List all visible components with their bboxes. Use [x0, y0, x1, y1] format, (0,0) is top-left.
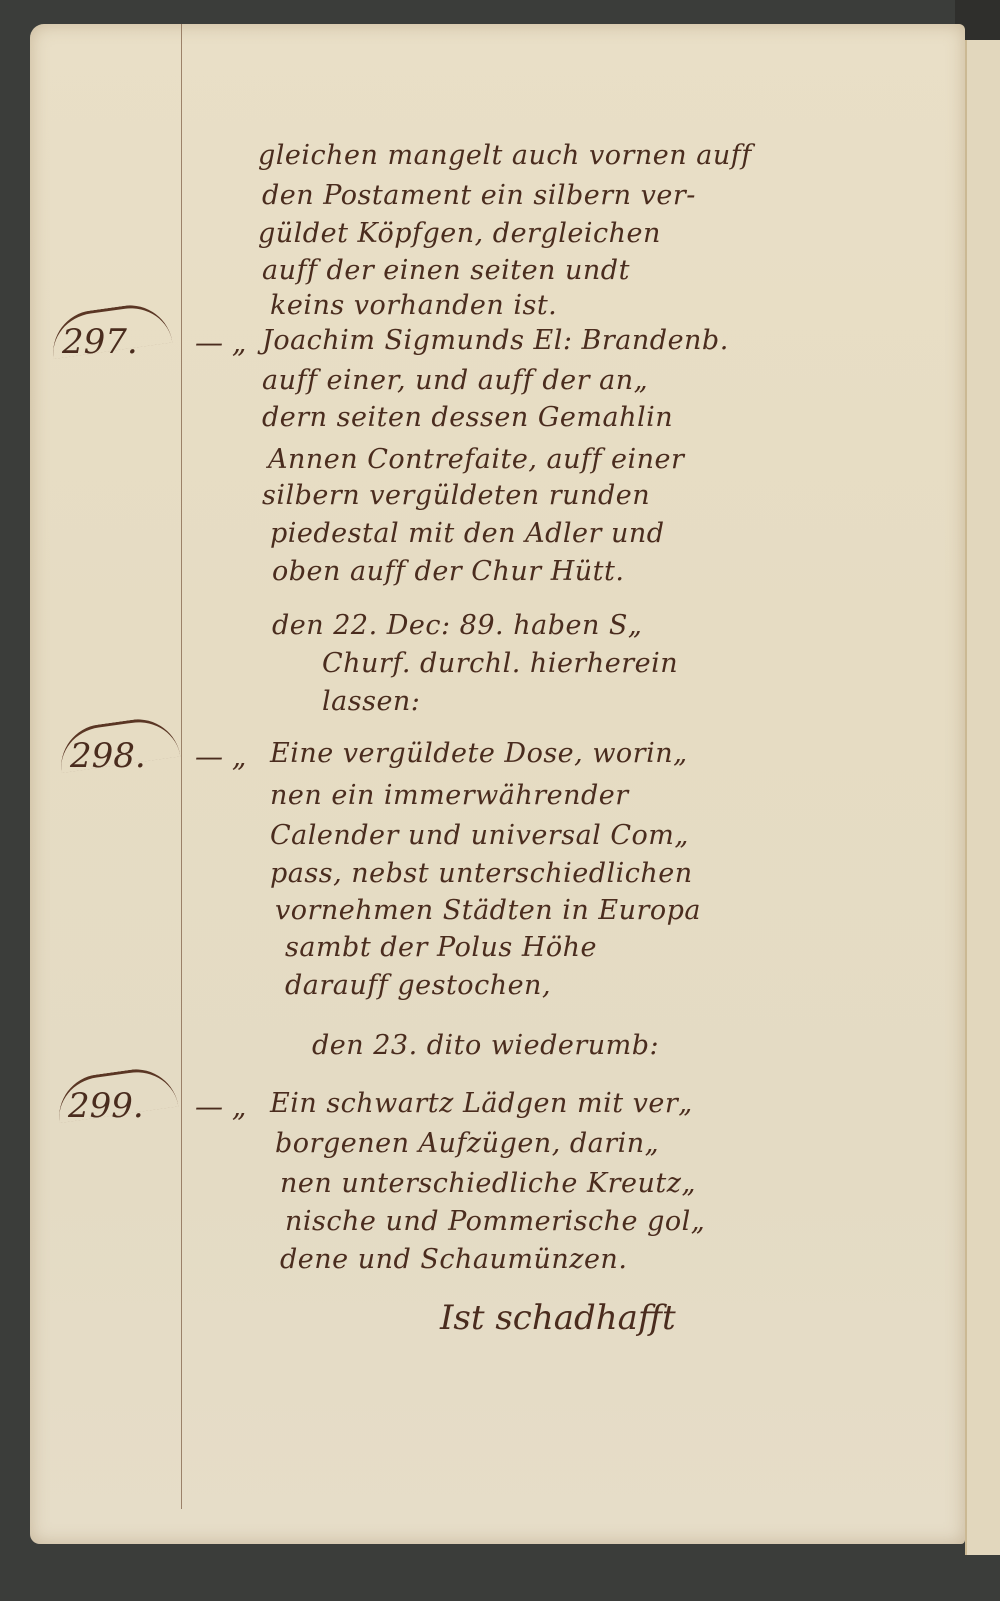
- entry-dash: — „: [195, 740, 246, 773]
- entry-number: 298.: [70, 736, 146, 776]
- text-line: dene und Schaumünzen.: [280, 1244, 627, 1275]
- text-line: sambt der Polus Höhe: [285, 932, 597, 963]
- text-line: dern seiten dessen Gemahlin: [262, 402, 673, 433]
- date-heading: lassen:: [322, 686, 420, 717]
- text-line: Joachim Sigmunds El: Brandenb.: [262, 325, 729, 356]
- date-heading: Churf. durchl. hierherein: [322, 648, 678, 679]
- text-line: pass, nebst unterschiedlichen: [270, 858, 693, 889]
- text-line: keins vorhanden ist.: [270, 290, 557, 321]
- text-line: Eine vergüldete Dose, worin„: [270, 738, 688, 769]
- text-line: oben auff der Chur Hütt.: [272, 556, 624, 587]
- text-line: nen ein immerwährender: [270, 780, 629, 811]
- text-line: borgenen Aufzügen, darin„: [275, 1128, 659, 1159]
- entry-dash: — „: [195, 1090, 246, 1123]
- text-line: vornehmen Städten in Europa: [275, 895, 701, 926]
- text-line: den Postament ein silbern ver-: [262, 180, 696, 211]
- text-line: gleichen mangelt auch vornen auff: [258, 140, 752, 171]
- text-line: auff einer, und auff der an„: [262, 365, 648, 396]
- text-line: güldet Köpfgen, dergleichen: [258, 218, 661, 249]
- text-line: Ein schwartz Lädgen mit ver„: [270, 1088, 693, 1119]
- adjacent-page-edge: [965, 40, 1000, 1555]
- entry-number: 299.: [68, 1086, 144, 1126]
- date-heading: den 22. Dec: 89. haben S„: [272, 610, 642, 641]
- date-heading: den 23. dito wiederumb:: [312, 1030, 659, 1061]
- text-line: Annen Contrefaite, auff einer: [268, 444, 684, 475]
- text-line: nen unterschiedliche Kreutz„: [280, 1168, 696, 1199]
- text-line: nische und Pommerische gol„: [285, 1206, 705, 1237]
- text-line: Calender und universal Com„: [270, 820, 689, 851]
- text-line: piedestal mit den Adler und: [270, 518, 665, 549]
- margin-rule: [181, 24, 182, 1509]
- entry-dash: — „: [195, 326, 246, 359]
- annotation-signature: Ist schadhafft: [440, 1298, 676, 1338]
- entry-number: 297.: [62, 322, 138, 362]
- text-line: silbern vergüldeten runden: [262, 480, 650, 511]
- text-line: darauff gestochen,: [285, 970, 551, 1001]
- text-line: auff der einen seiten undt: [262, 255, 630, 286]
